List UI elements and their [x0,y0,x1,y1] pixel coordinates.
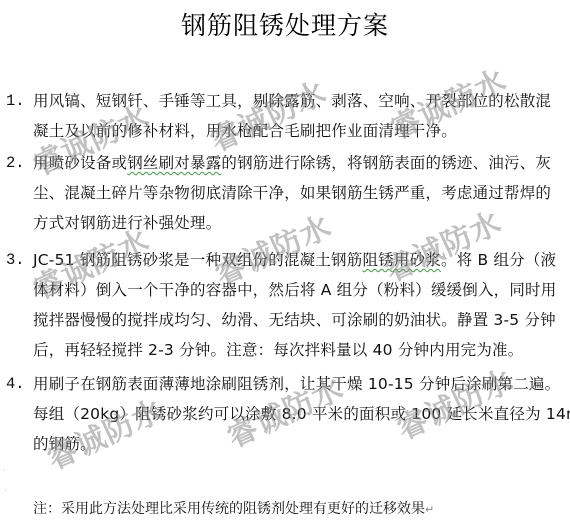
list-item-4: 4. 用刷子在钢筋表面薄薄地涂刷阻锈剂，让其干燥 10-15 分钟后涂刷第二遍。… [6,369,562,459]
item-line: 搅拌器慢慢的搅拌成均匀、幼滑、无结块、可涂刷的奶油状。静置 3-5 分钟 [33,305,562,335]
item-number: 3. [6,245,32,275]
item-line: 用喷砂设备或钢丝刷对暴露的钢筋进行除锈，将钢筋表面的锈迹、油污、灰 [33,148,562,178]
item-number: 2. [6,148,32,178]
item-number: 1. [6,86,32,116]
spellcheck-underline: 阻锈用砂浆 [362,251,441,269]
item-line: JC-51 钢筋阻锈砂浆是一种双组份的混凝土钢筋阻锈用砂浆。将 B 组分（液 [33,245,562,275]
text-segment: 的钢筋进行除锈，将钢筋表面的锈迹、油污、灰 [221,154,551,172]
footnote: 注：采用此方法处理比采用传统的阻锈剂处理有更好的迁移效果↵ [33,498,434,518]
item-line: 尘、混凝土碎片等杂物彻底清除干净，如果钢筋生锈严重，考虑通过帮焊的 [33,178,562,208]
edge-mark: · [4,486,7,497]
list-item-3: 3. JC-51 钢筋阻锈砂浆是一种双组份的混凝土钢筋阻锈用砂浆。将 B 组分（… [6,245,562,365]
item-line: 的钢筋。 [33,429,562,459]
text-segment: 。将 B 组分（液 [441,251,556,269]
item-line: 体材料）倒入一个干净的容器中，然后将 A 组分（粉料）缓缓倒入，同时用 [33,275,562,305]
item-line: 后，再轻轻搅拌 2-3 分钟。注意：每次拌料量以 40 分钟内用完为准。 [33,335,562,365]
document-title: 钢筋阻锈处理方案 [0,6,570,42]
item-line: 每组（20kg）阻锈砂浆约可以涂敷 8.0 平米的面积或 100 延长米直径为 … [33,399,562,429]
footnote-text: 注：采用此方法处理比采用传统的阻锈剂处理有更好的迁移效果 [33,501,425,517]
edge-mark: · [2,466,5,477]
text-segment: 用喷砂设备或 [33,154,127,172]
item-number: 4. [6,369,32,399]
list-item-2: 2. 用喷砂设备或钢丝刷对暴露的钢筋进行除锈，将钢筋表面的锈迹、油污、灰 尘、混… [6,148,562,238]
text-segment: JC-51 钢筋阻锈砂浆是一种双组份的混凝土钢筋 [33,251,362,269]
list-item-1: 1. 用风镐、短钢钎、手锤等工具，剔除露筋、剥落、空响、开裂部位的松散混 凝土及… [6,86,562,146]
item-line: 方式对钢筋进行补强处理。 [33,208,562,238]
spellcheck-underline: 钢丝刷对暴露 [127,154,221,172]
paragraph-mark-icon: ↵ [425,503,434,516]
item-line: 凝土及以前的修补材料，用水枪配合毛刷把作业面清理干净。 [33,116,562,146]
item-line: 用刷子在钢筋表面薄薄地涂刷阻锈剂，让其干燥 10-15 分钟后涂刷第二遍。 [33,369,562,399]
item-line: 用风镐、短钢钎、手锤等工具，剔除露筋、剥落、空响、开裂部位的松散混 [33,86,562,116]
